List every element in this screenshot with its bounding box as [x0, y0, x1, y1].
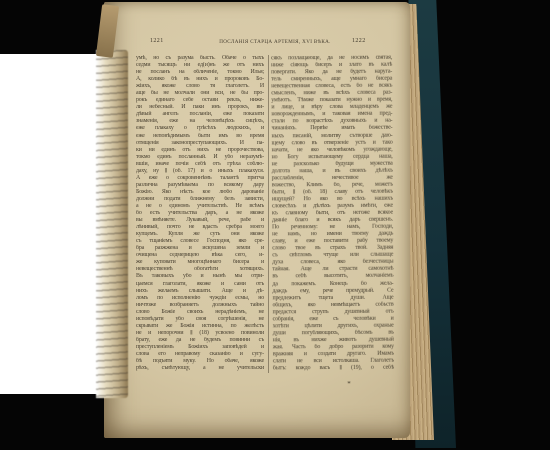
text-line: не и непорочни ∥ (18) усвоено повиноли: [136, 330, 264, 337]
text-line: цаемся глаголати, якоже и сами отъ: [136, 281, 264, 288]
page-number-left: 1221: [150, 38, 164, 44]
text-line: умѣ, но съ разума бысть. Обаче о тыхъ: [136, 55, 264, 62]
running-title: ПОСЛАНІЯ СТАРЦА АРТЕМІЯ, XVI ВѢКА.: [194, 39, 356, 45]
text-line: седми тысящъ ни ед(и)нъ же отъ нихъ: [136, 62, 264, 69]
text-line: А еже о сокровеннѣмъ талантѣ притча: [136, 175, 264, 182]
text-line: еже неповѣдимымъ быти имъ во время: [136, 133, 264, 140]
text-line: невещественнѣ обогатѣти хотящихъ.: [136, 266, 264, 273]
text-line: брату, еже да не будемъ повинни съ: [136, 337, 264, 344]
page-number-right: 1222: [352, 38, 366, 44]
text-line: дѣвый ангелъ посланіи, еже показати: [136, 111, 264, 118]
text-line: Божію. Яко нѣсть кое любо дарованіе: [136, 189, 264, 196]
text-line: чинаніяхъ. Первѣе имать божестве-: [271, 125, 392, 133]
text-line: а не о единомъ учительствѣ. Не всѣмъ: [136, 203, 264, 210]
text-line: токмо единъ посланный. И убо неразумѣ-: [136, 154, 264, 161]
text-line: очищена седмерицею вѣка сего, и-: [136, 252, 264, 259]
text-line: жіихъ, якоже слово тя глаголетъ. И: [136, 83, 264, 90]
text-line: еже плакаху о грѣсѣхъ людскихъ, и: [136, 125, 264, 132]
text-line: отмщенія законопреступающихъ. И па-: [136, 140, 264, 147]
column-divider-rule: [268, 55, 269, 373]
text-line: же куповати многоцѣннаго бисера и: [136, 259, 264, 266]
footnote-asterisk: *: [342, 380, 356, 388]
text-line: Въ таковыхъ убо и нынѣ мы отри-: [136, 273, 264, 280]
text-line: ломъ по исполненію чуждіи есмы, но: [136, 295, 264, 302]
text-line: ли небесный. И паки инъ пророкъ, ви-: [136, 104, 264, 111]
text-line: преступленіемъ Божіихъ заповѣдей и: [136, 344, 264, 351]
text-line: въ себѣ высотитъ, молчаніемъ: [272, 273, 393, 281]
text-line: бо есть учительства даръ, а не якоже: [136, 210, 264, 217]
text-line: слова его неправому сказанію и сугу-: [136, 351, 264, 358]
text-line: ки ни единъ отъ нихъ не пророчествова,: [136, 147, 264, 154]
text-line: исповѣдати убо своя согрѣшенія, не: [136, 316, 264, 323]
text-line: слово Божіе своихъ нерадѣніемъ, не: [136, 309, 264, 316]
text-line: знаменія, еже на человѣцѣхъ сицѣхъ,: [136, 118, 264, 125]
text-line: бра разжжена и искушена земли и: [136, 245, 264, 252]
text-line: скрывати же Божія истинна, по желѣсть: [136, 323, 264, 330]
text-column-left: умѣ, но съ разума бысть. Обаче о тыхъсед…: [136, 55, 264, 372]
text-line: ничтоже возбраняетъ должныхъ тайно: [136, 302, 264, 309]
text-line: купцемъ. Купля же суть они якоже: [136, 231, 264, 238]
left-page-text-edge: [96, 50, 128, 398]
text-line: бытъ: кождо васъ ∥ (19), о себѣ: [273, 365, 394, 373]
text-line: А, колико бѣ въ нихъ и пророковъ Бо-: [136, 76, 264, 83]
book-photo: 1221 ПОСЛАНІЯ СТАРЦА АРТЕМІЯ, XVI ВѢКА. …: [0, 0, 550, 450]
text-line: должни подати ближнему безъ зависти,: [136, 196, 264, 203]
text-line: даху, ну ∥ (об. 17) и о иныхъ плакахуся.: [136, 168, 264, 175]
left-page-overexposed: [0, 54, 100, 394]
text-line: нихъ желаемъ слышати. Аще и дѣ-: [136, 288, 264, 295]
text-line: лѣнивый, почто не вдасть сребра моего: [136, 224, 264, 231]
text-line: вы вмѣняете. Лукавый, рече, рабе и: [136, 217, 264, 224]
text-line: различна разумѣваема по всякому дару: [136, 182, 264, 189]
text-line: бѣ подъяти муку. Но обаче, якоже: [136, 358, 264, 365]
text-column-right: сякъ позлащающе, да не носимъ святая,ниж…: [271, 55, 394, 373]
text-line: вшіи, иначе почіи себѣ отъ грѣха соблю-: [136, 161, 264, 168]
text-line: не посланъ на обличеніе, токмо Илья;: [136, 69, 264, 76]
text-line: рокъ единаго себе остави рекль, ниже-: [136, 97, 264, 104]
text-line: рѣхъ, съвѣтующу, а не учительски: [136, 365, 264, 372]
text-line: съ тщаніемъ словесе Господня, яко сре-: [136, 238, 264, 245]
text-line: аще бы не молчали они вси, не бы про-: [136, 90, 264, 97]
